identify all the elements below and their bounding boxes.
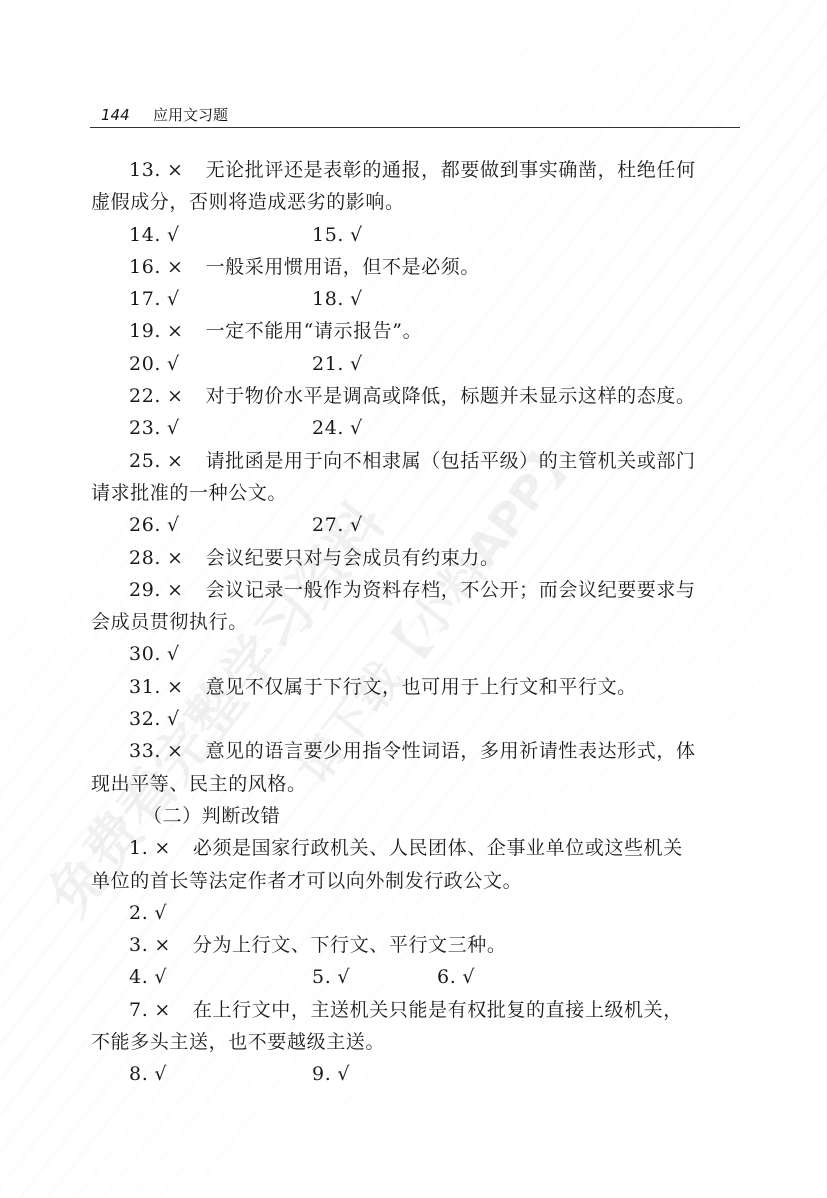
check-mark-icon: √	[350, 348, 363, 380]
section-heading: （二）判断改错	[91, 800, 741, 832]
check-mark-icon: √	[167, 283, 180, 315]
item-number: 16.	[129, 251, 161, 283]
check-mark-icon: √	[350, 219, 363, 251]
explanation-continuation: 不能多头主送，也不要越级主送。	[91, 1026, 741, 1058]
check-mark-icon: √	[462, 961, 475, 993]
explanation-continuation: 请求批准的一种公文。	[91, 477, 741, 509]
explanation: 请批函是用于向不相隶属（包括平级）的主管机关或部门	[206, 445, 696, 477]
answer-item-16: 16.×一般采用惯用语，但不是必须。	[91, 251, 741, 283]
wrong-mark-icon: ×	[154, 994, 171, 1026]
check-mark-icon: √	[337, 1058, 350, 1090]
explanation-continuation: 单位的首长等法定作者才可以向外制发行政公文。	[91, 865, 741, 897]
answer-item-29: 29.×会议记录一般作为资料存档，不公开；而会议纪要要求与	[91, 574, 741, 606]
answer-item-2-1: 1.×必须是国家行政机关、人民团体、企事业单位或这些机关	[91, 832, 741, 864]
answer-item-25: 25.×请批函是用于向不相隶属（包括平级）的主管机关或部门	[91, 445, 741, 477]
check-mark-icon: √	[154, 961, 167, 993]
explanation: 会议记录一般作为资料存档，不公开；而会议纪要要求与	[206, 574, 696, 606]
explanation: 一般采用惯用语，但不是必须。	[206, 251, 480, 283]
wrong-mark-icon: ×	[154, 832, 171, 864]
item-number: 2.	[129, 897, 148, 929]
wrong-mark-icon: ×	[167, 542, 184, 574]
answer-item-33: 33.×意见的语言要少用指令性词语，多用祈请性表达形式，体	[91, 735, 741, 767]
item-number: 20.	[129, 348, 161, 380]
explanation: 必须是国家行政机关、人民团体、企事业单位或这些机关	[193, 832, 683, 864]
item-number: 4.	[129, 961, 148, 993]
explanation: 无论批评还是表彰的通报，都要做到事实确凿，杜绝任何	[206, 154, 696, 186]
answer-item-2-3: 3.×分为上行文、下行文、平行文三种。	[91, 929, 741, 961]
check-mark-icon: √	[154, 897, 167, 929]
answer-body: 13.×无论批评还是表彰的通报，都要做到事实确凿，杜绝任何 虚假成分，否则将造成…	[91, 154, 741, 1091]
header-rule	[90, 127, 740, 128]
item-number: 19.	[129, 315, 161, 347]
item-number: 3.	[129, 929, 148, 961]
item-number: 7.	[129, 994, 148, 1026]
item-number: 18.	[312, 283, 344, 315]
item-number: 28.	[129, 542, 161, 574]
item-number: 13.	[129, 154, 161, 186]
answer-row-20-21: 20.√ 21.√	[91, 348, 741, 380]
check-mark-icon: √	[167, 412, 180, 444]
wrong-mark-icon: ×	[167, 380, 184, 412]
answer-item-2-7: 7.×在上行文中，主送机关只能是有权批复的直接上级机关，	[91, 994, 741, 1026]
item-number: 5.	[312, 961, 331, 993]
check-mark-icon: √	[350, 509, 363, 541]
wrong-mark-icon: ×	[167, 735, 184, 767]
explanation: 意见的语言要少用指令性词语，多用祈请性表达形式，体	[206, 735, 696, 767]
answer-item-13: 13.×无论批评还是表彰的通报，都要做到事实确凿，杜绝任何	[91, 154, 741, 186]
check-mark-icon: √	[167, 509, 180, 541]
check-mark-icon: √	[337, 961, 350, 993]
item-number: 8.	[129, 1058, 148, 1090]
explanation-continuation: 现出平等、民主的风格。	[91, 768, 741, 800]
explanation: 会议纪要只对与会成员有约束力。	[206, 542, 500, 574]
item-number: 1.	[129, 832, 148, 864]
item-number: 23.	[129, 412, 161, 444]
explanation-continuation: 虚假成分，否则将造成恶劣的影响。	[91, 186, 741, 218]
answer-row-8-9: 8.√ 9.√	[91, 1058, 741, 1090]
check-mark-icon: √	[154, 1058, 167, 1090]
answer-item-32: 32.√	[91, 703, 741, 735]
answer-item-30: 30.√	[91, 638, 741, 670]
check-mark-icon: √	[167, 219, 180, 251]
answer-row-26-27: 26.√ 27.√	[91, 509, 741, 541]
explanation: 在上行文中，主送机关只能是有权批复的直接上级机关，	[193, 994, 683, 1026]
item-number: 24.	[312, 412, 344, 444]
item-number: 21.	[312, 348, 344, 380]
item-number: 17.	[129, 283, 161, 315]
item-number: 15.	[312, 219, 344, 251]
answer-item-2-2: 2.√	[91, 897, 741, 929]
wrong-mark-icon: ×	[167, 671, 184, 703]
answer-item-28: 28.×会议纪要只对与会成员有约束力。	[91, 542, 741, 574]
running-head: 144应用文习题	[90, 103, 740, 127]
check-mark-icon: √	[167, 638, 180, 670]
answer-row-23-24: 23.√ 24.√	[91, 412, 741, 444]
check-mark-icon: √	[350, 412, 363, 444]
item-number: 9.	[312, 1058, 331, 1090]
wrong-mark-icon: ×	[167, 251, 184, 283]
answer-item-22: 22.×对于物价水平是调高或降低，标题并未显示这样的态度。	[91, 380, 741, 412]
item-number: 32.	[129, 703, 161, 735]
item-number: 29.	[129, 574, 161, 606]
item-number: 30.	[129, 638, 161, 670]
explanation: 意见不仅属于下行文，也可用于上行文和平行文。	[206, 671, 637, 703]
wrong-mark-icon: ×	[167, 574, 184, 606]
answer-row-14-15: 14.√ 15.√	[91, 219, 741, 251]
answer-item-19: 19.×一定不能用“请示报告”。	[91, 315, 741, 347]
explanation: 一定不能用“请示报告”。	[206, 315, 423, 347]
explanation: 对于物价水平是调高或降低，标题并未显示这样的态度。	[206, 380, 696, 412]
answer-row-17-18: 17.√ 18.√	[91, 283, 741, 315]
explanation-continuation: 会成员贯彻执行。	[91, 606, 741, 638]
answer-row-4-5-6: 4.√ 5.√ 6.√	[91, 961, 741, 993]
item-number: 31.	[129, 671, 161, 703]
check-mark-icon: √	[167, 348, 180, 380]
item-number: 22.	[129, 380, 161, 412]
item-number: 6.	[437, 961, 456, 993]
page-number: 144	[101, 103, 153, 127]
wrong-mark-icon: ×	[167, 315, 184, 347]
section-title: 应用文习题	[153, 103, 228, 127]
item-number: 25.	[129, 445, 161, 477]
book-page: 免费看完整学习资料 请下载【小料APP】 144应用文习题 13.×无论批评还是…	[0, 0, 827, 1198]
item-number: 14.	[129, 219, 161, 251]
answer-item-31: 31.×意见不仅属于下行文，也可用于上行文和平行文。	[91, 671, 741, 703]
item-number: 27.	[312, 509, 344, 541]
explanation: 分为上行文、下行文、平行文三种。	[193, 929, 507, 961]
wrong-mark-icon: ×	[167, 445, 184, 477]
item-number: 26.	[129, 509, 161, 541]
wrong-mark-icon: ×	[167, 154, 184, 186]
wrong-mark-icon: ×	[154, 929, 171, 961]
item-number: 33.	[129, 735, 161, 767]
check-mark-icon: √	[167, 703, 180, 735]
check-mark-icon: √	[350, 283, 363, 315]
